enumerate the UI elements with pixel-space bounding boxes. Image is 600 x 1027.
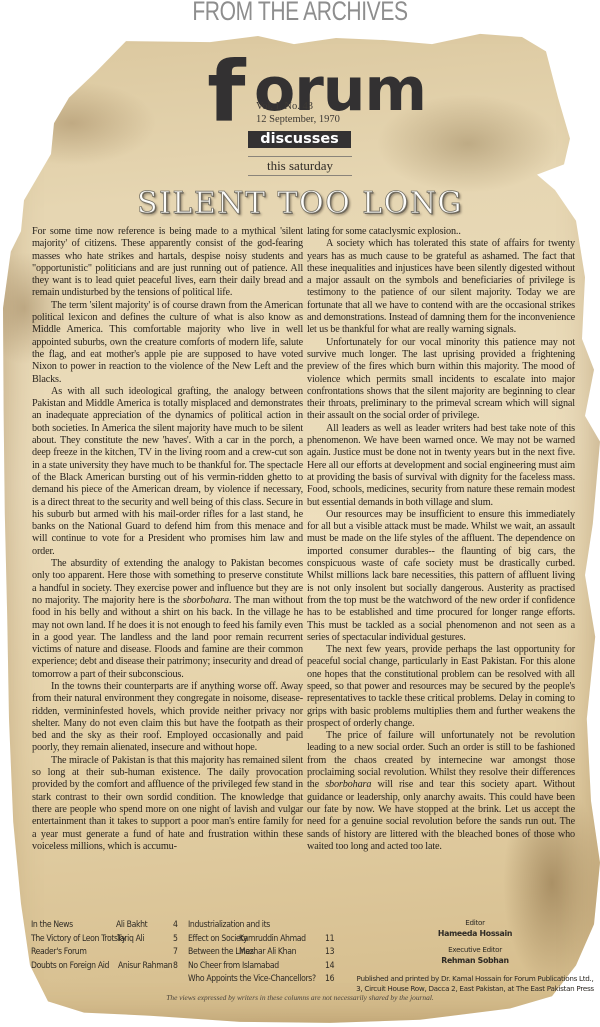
issue-info: Vol. I, No. 43 12 September, 1970 bbox=[256, 100, 340, 126]
paragraph: All leaders as well as leader writers ha… bbox=[307, 423, 575, 509]
paragraph: The absurdity of extending the analogy t… bbox=[32, 558, 303, 681]
executive-editor-label: Executive Editor bbox=[350, 945, 600, 955]
discusses-banner: discusses bbox=[248, 131, 351, 148]
paragraph: The price of failure will unfortunately … bbox=[307, 730, 575, 853]
editor-name: Hameeda Hossain bbox=[350, 928, 600, 939]
publisher-info: Published and printed by Dr. Kamal Hossa… bbox=[350, 974, 600, 994]
paragraph: In the towns their counterparts are if a… bbox=[32, 681, 303, 755]
article-column-right: lating for some cataclysmic explosion.. … bbox=[307, 226, 575, 853]
editorial-credits: Editor Hameeda Hossain Executive Editor … bbox=[350, 918, 600, 994]
editor-label: Editor bbox=[350, 918, 600, 928]
volume-number: Vol. I, No. 43 bbox=[256, 100, 340, 113]
paragraph: The miracle of Pakistan is that this maj… bbox=[32, 755, 303, 853]
paragraph: For some time now reference is being mad… bbox=[32, 226, 303, 300]
paragraph: The next few years, provide perhaps the … bbox=[307, 644, 575, 730]
paragraph: Unfortunately for our vocal minority thi… bbox=[307, 337, 575, 423]
section-heading: FROM THE ARCHIVES bbox=[66, 0, 534, 27]
italic-term: sborbohara bbox=[183, 595, 229, 606]
article-column-left: For some time now reference is being mad… bbox=[32, 226, 303, 853]
paragraph: lating for some cataclysmic explosion.. bbox=[307, 226, 575, 238]
paragraph: The term 'silent majority' is of course … bbox=[32, 300, 303, 386]
executive-editor-name: Rehman Sobhan bbox=[350, 955, 600, 966]
logo-f: f bbox=[207, 50, 243, 134]
article-headline: SILENT TOO LONG bbox=[0, 186, 600, 221]
issue-date: 12 September, 1970 bbox=[256, 113, 340, 126]
paragraph: As with all such ideological grafting, t… bbox=[32, 386, 303, 558]
subtitle: this saturday bbox=[248, 156, 352, 176]
paragraph: Our resources may be insufficient to ens… bbox=[307, 509, 575, 644]
paragraph: A society which has tolerated this state… bbox=[307, 238, 575, 336]
italic-term: sborbohara bbox=[325, 779, 371, 790]
disclaimer: The views expressed by writers in these … bbox=[0, 993, 600, 1002]
